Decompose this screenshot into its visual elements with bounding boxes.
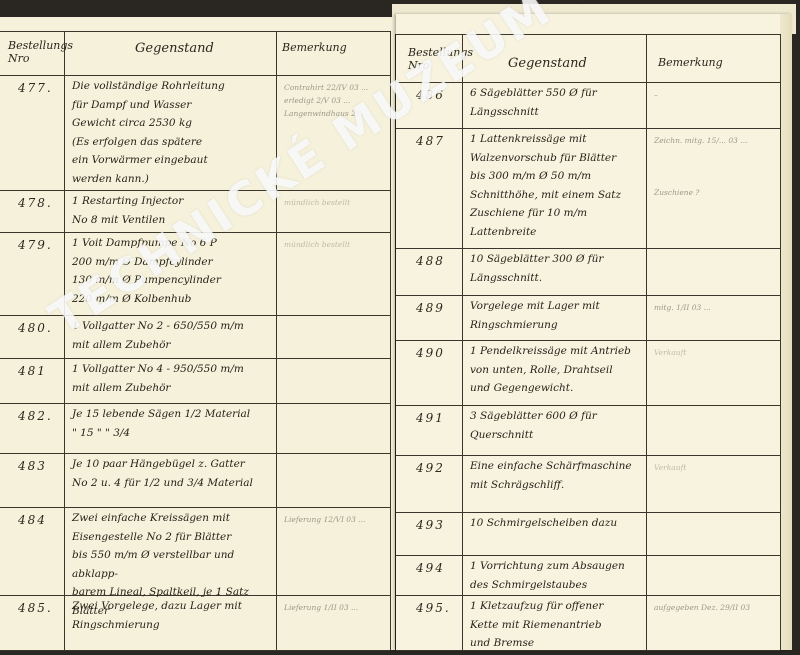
left-ledger-table: Bestellungs Nro Gegenstand Bemerkung 477… [0,17,395,650]
row-rule [396,295,780,296]
right-ledger-table: Bestellungs Nro Gegenstand Bemerkung 486… [396,14,792,650]
row-rule [396,595,780,596]
row-rule [0,190,390,191]
right-ledger-page: Bestellungs Nro Gegenstand Bemerkung 486… [396,14,792,650]
remark-note: mündlich bestellt [284,196,386,209]
row-rule [396,340,780,341]
order-number: 482. [18,409,53,423]
header-remark: Bemerkung [658,56,723,69]
item-description: Zwei Vorgelege, dazu Lager mit Ringschmi… [72,597,274,634]
row-rule [396,128,780,129]
item-description: 1 Restarting Injector No 8 mit Ventilen [72,192,274,229]
item-description: 1 Vollgatter No 2 - 650/550 m/m mit alle… [72,317,274,354]
row-rule [0,358,390,359]
header-bottom-rule [0,75,390,76]
item-description: Die vollständige Rohrleitung für Dampf u… [72,77,274,188]
row-rule [396,405,780,406]
order-number: 488 [416,254,445,268]
item-description: 1 Vorrichtung zum Absaugen des Schmirgel… [470,557,644,594]
order-number: 494 [416,561,445,575]
header-order-number: Bestellungs Nro [408,46,464,72]
remark-note: Contrahirt 22/IV 03 ... erledigt 2/V 03 … [284,81,386,120]
row-rule [396,512,780,513]
column-rule [462,34,463,650]
item-description: 6 Sägeblätter 550 Ø für Längsschnitt [470,84,644,121]
remark-note: Verkauft [654,346,776,359]
order-number: 492 [416,461,445,475]
remark-note: aufgegeben Dez. 29/II 03 [654,601,776,614]
row-rule [0,403,390,404]
row-rule [396,248,780,249]
column-rule [646,34,647,650]
order-number: 480. [18,321,53,335]
header-remark: Bemerkung [282,41,347,54]
header-item: Gegenstand [135,41,214,56]
header-top-rule [0,31,390,32]
item-description: Eine einfache Schärfmaschine mit Schrägs… [470,457,644,494]
remark-note: – [654,88,776,101]
row-rule [0,315,390,316]
order-number: 481 [18,364,47,378]
item-description: Je 10 paar Hängebügel z. Gatter No 2 u. … [72,455,274,492]
item-description: 3 Sägeblätter 600 Ø für Querschnitt [470,407,644,444]
column-rule [276,31,277,650]
item-description: 1 Vollgatter No 4 - 950/550 m/m mit alle… [72,360,274,397]
row-rule [396,555,780,556]
row-rule [0,232,390,233]
remark-note: Lieferung 12/VI 03 ... [284,513,386,526]
column-rule [780,34,781,650]
order-number: 477. [18,81,53,95]
order-number: 491 [416,411,445,425]
item-description: 1 Lattenkreissäge mit Walzenvorschub für… [470,130,644,241]
column-rule [64,31,65,650]
header-top-rule [396,34,780,35]
item-description: 10 Sägeblätter 300 Ø für Längsschnitt. [470,250,644,287]
order-number: 489 [416,301,445,315]
item-description: 10 Schmirgelscheiben dazu [470,514,644,533]
order-number: 495. [416,601,451,615]
order-number: 485. [18,601,53,615]
row-rule [0,507,390,508]
header-order-number: Bestellungs Nro [8,39,64,65]
left-ledger-page: Bestellungs Nro Gegenstand Bemerkung 477… [0,17,395,650]
row-rule [396,455,780,456]
order-number: 484 [18,513,47,527]
item-description: Je 15 lebende Sägen 1/2 Material " 15 " … [72,405,274,442]
order-number: 483 [18,459,47,473]
order-number: 490 [416,346,445,360]
remark-note: Lieferung 1/II 03 ... [284,601,386,614]
header-bottom-rule [396,82,780,83]
header-item: Gegenstand [508,56,587,71]
row-rule [0,453,390,454]
order-number: 479. [18,238,53,252]
remark-note: mitg. 1/II 03 ... [654,301,776,314]
column-rule [390,31,391,650]
item-description: 1 Kletzaufzug für offener Kette mit Riem… [470,597,644,653]
order-number: 478. [18,196,53,210]
item-description: Vorgelege mit Lager mit Ringschmierung [470,297,644,334]
remark-note: mündlich bestellt [284,238,386,251]
item-description: 1 Pendelkreissäge mit Antrieb von unten,… [470,342,644,398]
order-number: 493 [416,518,445,532]
order-number: 487 [416,134,445,148]
remark-note: Zeichn. mitg. 15/... 03 ... Zuschiene ? [654,134,776,199]
row-rule [0,650,390,651]
item-description: 1 Voit Dampfpumpe No 6 P 200 m/m Ø Dampf… [72,234,274,308]
order-number: 486 [416,88,445,102]
remark-note: Verkauft [654,461,776,474]
